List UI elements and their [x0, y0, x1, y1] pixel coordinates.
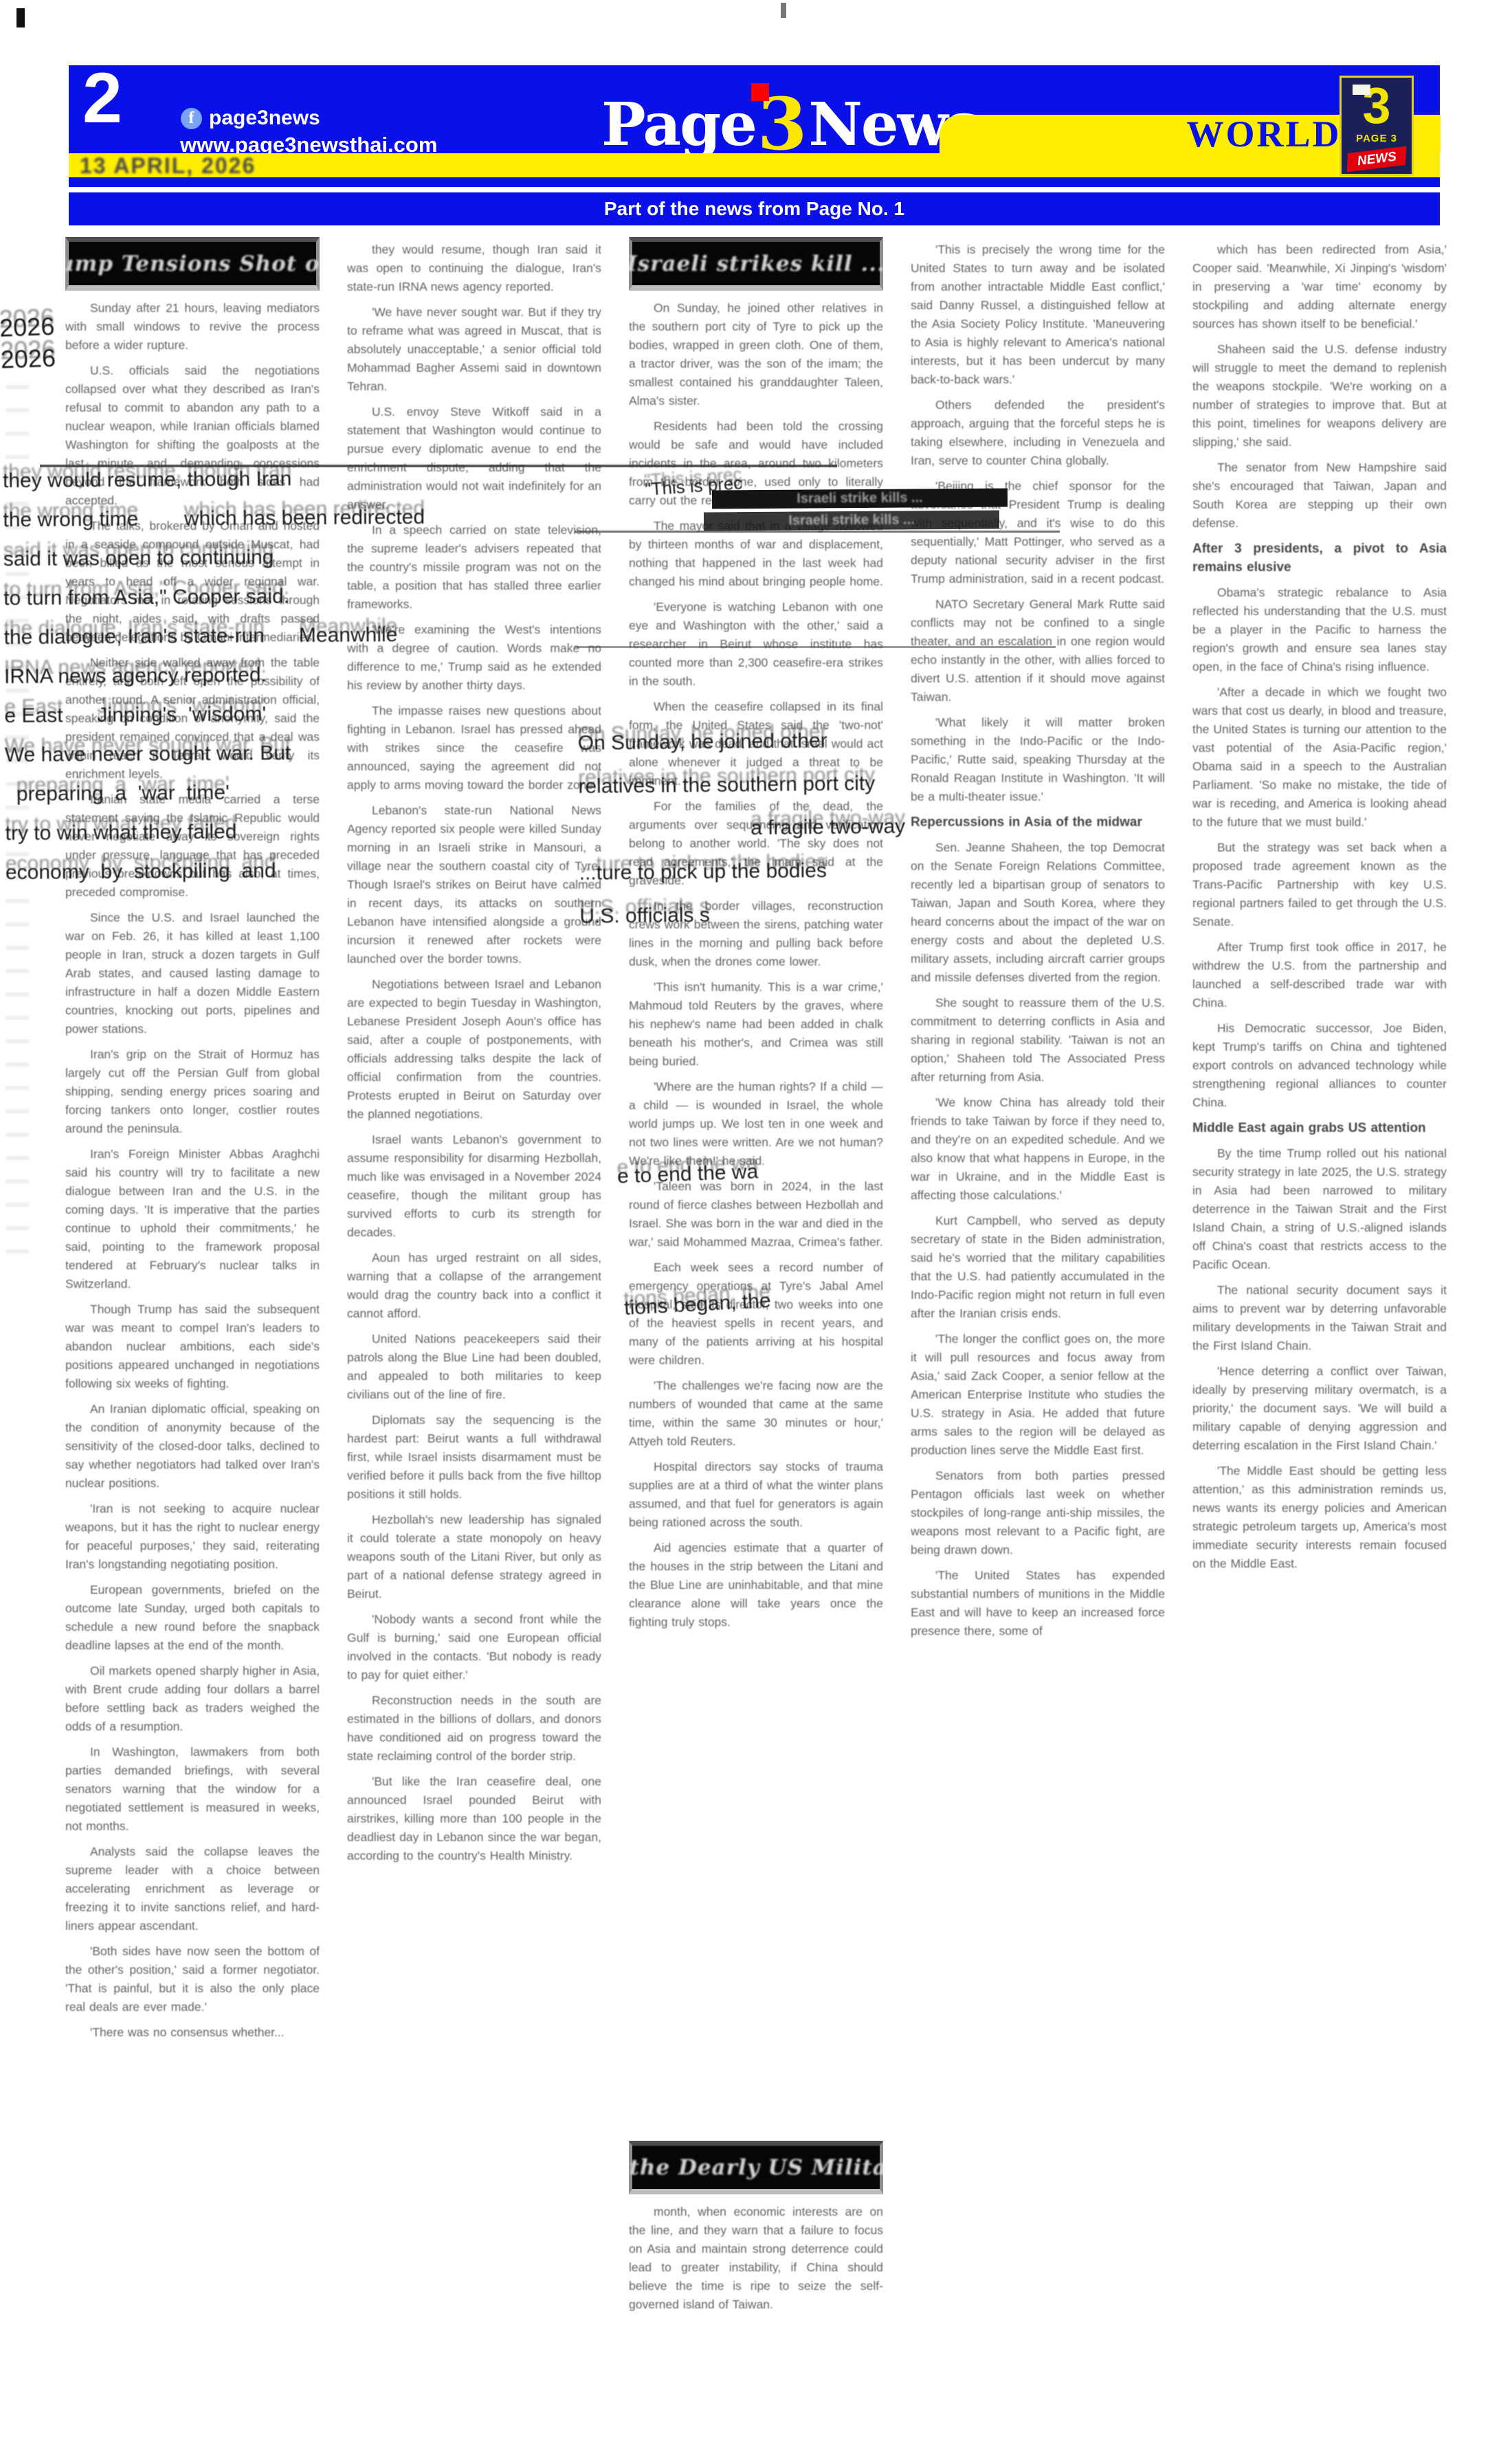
body-paragraph: Analysts said the collapse leaves the su… [65, 1843, 320, 1935]
body-paragraph: The talks, brokered by Oman and hosted i… [65, 517, 320, 647]
body-paragraph: Sen. Jeanne Shaheen, the top Democrat on… [911, 838, 1165, 987]
body-paragraph: Israel wants Lebanon's government to ass… [347, 1131, 601, 1242]
strapline-text: Part of the news from Page No. 1 [604, 198, 904, 220]
body-paragraph: An Iranian diplomatic official, speaking… [65, 1400, 320, 1493]
body-paragraph: U.S. officials said the negotiations col… [65, 361, 320, 510]
news-column-1: Trump Tensions Shot of...Sunday after 21… [65, 237, 320, 2378]
facebook-handle: page3news [209, 107, 320, 130]
body-paragraph: By the time Trump rolled out his nationa… [1192, 1144, 1447, 1274]
column-segment: On Sunday, he joined other relatives in … [629, 299, 883, 2141]
scan-artifact-mark [781, 3, 786, 18]
body-paragraph: 'We know China has already told their fr… [911, 1093, 1165, 1205]
body-paragraph: Oil markets opened sharply higher in Asi… [65, 1662, 320, 1736]
body-paragraph: The national security document says it a… [1192, 1281, 1447, 1355]
logo-red-square [751, 83, 769, 101]
body-paragraph: Sunday after 21 hours, leaving mediators… [65, 299, 320, 355]
news-column-2: they would resume, though Iran said it w… [347, 237, 601, 2381]
newspaper-logo: Page3News [601, 78, 979, 162]
headline-text: Not the Dearly US Military .. [629, 2155, 883, 2180]
news-column-3: Israeli strikes kill ...On Sunday, he jo… [629, 237, 883, 2378]
body-paragraph: Though Trump has said the subsequent war… [65, 1300, 320, 1393]
body-paragraph: After Trump first took office in 2017, h… [1192, 938, 1447, 1012]
headline-box: Trump Tensions Shot of... [65, 237, 320, 291]
section-subhead: After 3 presidents, a pivot to Asia rema… [1192, 539, 1447, 577]
body-paragraph: The senator from New Hampshire said she'… [1192, 458, 1447, 533]
body-paragraph: 'But like the Iran ceasefire deal, one a… [347, 1772, 601, 1865]
body-paragraph: 'This isn't humanity. This is a war crim… [629, 978, 883, 1071]
body-paragraph: Lebanon's state-run National News Agency… [347, 801, 601, 968]
body-paragraph: Diplomats say the sequencing is the hard… [347, 1411, 601, 1504]
strapline-bar: Part of the news from Page No. 1 [69, 192, 1440, 225]
body-paragraph: Iran's Foreign Minister Abbas Araghchi s… [65, 1145, 320, 1293]
headline-box: Israeli strikes kill ... [629, 237, 883, 291]
body-paragraph: Each week sees a record number of emerge… [629, 1258, 883, 1370]
body-paragraph: Hospital directors say stocks of trauma … [629, 1458, 883, 1532]
body-paragraph: 'Where are the human rights? If a child … [629, 1078, 883, 1170]
body-paragraph: 'The United States has expended substant… [911, 1566, 1165, 1640]
body-paragraph: month, when economic interests are on th… [629, 2203, 883, 2314]
margin-speckle-artifact [5, 385, 29, 1271]
body-paragraph: Iranian state media carried a terse stat… [65, 790, 320, 902]
body-paragraph: Others defended the president's approach… [911, 396, 1165, 470]
body-paragraph: 'What likely it will matter broken somet… [911, 713, 1165, 806]
body-paragraph: 'This is precisely the wrong time for th… [911, 241, 1165, 389]
section-subhead: Middle East again grabs US attention [1192, 1119, 1447, 1137]
facebook-row: f page3news [181, 107, 320, 130]
newspaper-page: 2 f page3news www.page3newsthai.com Page… [0, 0, 1512, 2448]
body-paragraph: 'The challenges we're facing now are the… [629, 1377, 883, 1451]
masthead-banner: 2 f page3news www.page3newsthai.com Page… [69, 65, 1440, 153]
body-paragraph: 'Both sides have now seen the bottom of … [65, 1942, 320, 2016]
body-paragraph: 'The longer the conflict goes on, the mo… [911, 1330, 1165, 1460]
body-paragraph: 'Iran is not seeking to acquire nuclear … [65, 1500, 320, 1574]
section-subhead: Repercussions in Asia of the midwar [911, 813, 1165, 832]
body-paragraph: The impasse raises new questions about f… [347, 702, 601, 794]
body-paragraph: She sought to reassure them of the U.S. … [911, 994, 1165, 1087]
body-paragraph: 'Hence deterring a conflict over Taiwan,… [1192, 1362, 1447, 1455]
body-paragraph: NATO Secretary General Mark Rutte said c… [911, 595, 1165, 706]
body-paragraph: For the families of the dead, the argume… [629, 797, 883, 890]
badge-page3-label: PAGE 3 [1342, 133, 1412, 144]
body-paragraph: In a speech carried on state television,… [347, 521, 601, 614]
body-paragraph: The mayor said that in a village hollowe… [629, 517, 883, 591]
headline-text: Israeli strikes kill ... [629, 252, 883, 276]
body-paragraph: Neither side walked away from the table … [65, 654, 320, 783]
body-paragraph: Aoun has urged restraint on all sides, w… [347, 1249, 601, 1323]
body-paragraph: On Sunday, he joined other relatives in … [629, 299, 883, 410]
body-paragraph: Since the U.S. and Israel launched the w… [65, 909, 320, 1038]
body-paragraph: Hezbollah's new leadership has signaled … [347, 1511, 601, 1603]
news-column-4: 'This is precisely the wrong time for th… [911, 237, 1165, 2381]
body-paragraph: 'Nobody wants a second front while the G… [347, 1610, 601, 1684]
body-paragraph: European governments, briefed on the out… [65, 1581, 320, 1655]
page-number: 2 [82, 63, 122, 134]
body-paragraph: Iran's grip on the Strait of Hormuz has … [65, 1045, 320, 1138]
issue-date: 13 APRIL, 2026 [80, 153, 256, 179]
body-paragraph: 'We're examining the West's intentions w… [347, 621, 601, 695]
page3-news-badge: 3 PAGE 3 NEWS [1339, 76, 1414, 176]
divider-strip [69, 177, 1440, 187]
headline-box: Not the Dearly US Military .. [629, 2141, 883, 2194]
badge-news-ribbon: NEWS [1347, 146, 1407, 173]
logo-part1: Page [601, 90, 756, 159]
body-paragraph: Shaheen said the U.S. defense industry w… [1192, 340, 1447, 452]
facebook-icon: f [181, 108, 202, 129]
date-strip: 13 APRIL, 2026 [69, 153, 1440, 177]
body-paragraph: United Nations peacekeepers said their p… [347, 1330, 601, 1404]
headline-text: Trump Tensions Shot of... [65, 252, 320, 276]
body-paragraph: When the ceasefire collapsed in its fina… [629, 698, 883, 790]
scan-artifact-mark [16, 8, 25, 27]
body-paragraph: 'There was no consensus whether... [65, 2023, 320, 2042]
body-paragraph: U.S. envoy Steve Witkoff said in a state… [347, 403, 601, 514]
body-paragraph: Residents had been told the crossing wou… [629, 417, 883, 510]
body-paragraph: Aid agencies estimate that a quarter of … [629, 1539, 883, 1632]
body-paragraph: Reconstruction needs in the south are es… [347, 1691, 601, 1766]
news-column-5: which has been redirected from Asia,' Co… [1192, 237, 1447, 2381]
body-paragraph: 'We have never sought war. But if they t… [347, 303, 601, 396]
body-paragraph: In Washington, lawmakers from both parti… [65, 1743, 320, 1836]
body-paragraph: Negotiations between Israel and Lebanon … [347, 975, 601, 1124]
body-paragraph: they would resume, though Iran said it w… [347, 241, 601, 296]
body-paragraph: 'Beijing is the chief sponsor for the ad… [911, 477, 1165, 588]
body-paragraph: But the strategy was set back when a pro… [1192, 838, 1447, 931]
body-paragraph: 'Everyone is watching Lebanon with one e… [629, 598, 883, 691]
badge-notch [1353, 85, 1370, 95]
body-paragraph: Senators from both parties pressed Penta… [911, 1467, 1165, 1559]
body-paragraph: 'The Middle East should be getting less … [1192, 1462, 1447, 1573]
body-paragraph: His Democratic successor, Joe Biden, kep… [1192, 1019, 1447, 1112]
body-paragraph: Obama's strategic rebalance to Asia refl… [1192, 583, 1447, 676]
body-paragraph: 'After a decade in which we fought two w… [1192, 683, 1447, 832]
body-paragraph: 'Taleen was born in 2024, in the last ro… [629, 1177, 883, 1251]
body-paragraph: which has been redirected from Asia,' Co… [1192, 241, 1447, 333]
body-paragraph: In the border villages, reconstruction c… [629, 897, 883, 971]
body-paragraph: Kurt Campbell, who served as deputy secr… [911, 1212, 1165, 1323]
